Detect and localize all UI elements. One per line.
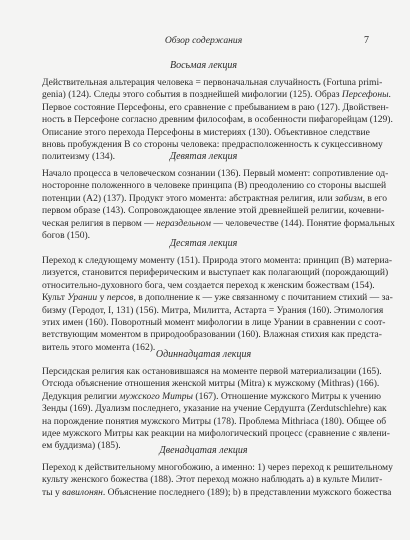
- section-body: Переход к следующему моменту (151). Прир…: [42, 255, 365, 354]
- text-line: Дедукция религии мужского Митры (167). О…: [42, 391, 365, 403]
- section-lecture-10: Десятая лекция Переход к следующему моме…: [42, 238, 365, 354]
- section-title: Восьмая лекция: [42, 60, 365, 77]
- text-line: Первое состояние Персефоны, его сравнени…: [42, 102, 365, 114]
- text-line: вновь пробуждения B со стороны человека:…: [42, 139, 365, 151]
- running-head: Обзор содержания 7: [42, 35, 365, 49]
- page-number: 7: [364, 35, 369, 46]
- text-line: Описание этого перехода Персефоны в мист…: [42, 127, 365, 139]
- text-line: Зенды (169). Дуализм последнего, указани…: [42, 403, 365, 415]
- text-line: потенции (A2) (137). Продукт этого момен…: [42, 193, 365, 205]
- section-lecture-11: Одиннадцатая лекция Персидская религия к…: [42, 349, 365, 453]
- text-line: Персидская религия как остановившаяся на…: [42, 366, 365, 378]
- text-line: относительно-духовного бога, чем создает…: [42, 280, 365, 292]
- text-line: Культ Урании у персов, в дополнение к — …: [42, 292, 365, 304]
- section-body: Персидская религия как остановившаяся на…: [42, 366, 365, 453]
- section-body: Переход к действительному многобожию, а …: [42, 462, 365, 499]
- text-line: ты у вавилонян. Объяснение последнего (1…: [42, 487, 365, 499]
- section-body: Начало процесса в человеческом сознании …: [42, 168, 365, 242]
- section-title: Двенадцатая лекция: [42, 445, 365, 462]
- text-line: genia) (124). Следы этого события в позд…: [42, 89, 365, 101]
- section-title: Одиннадцатая лекция: [42, 349, 365, 366]
- text-line: Действительная альтерация человека = пер…: [42, 77, 365, 89]
- text-line: ветствующим моментом в природообразовани…: [42, 329, 365, 341]
- text-line: на порождение понятия мужского Митры (17…: [42, 416, 365, 428]
- section-lecture-9: Девятая лекция Начало процесса в человеч…: [42, 151, 365, 242]
- text-line: лизуется, становится периферическим и вы…: [42, 267, 365, 279]
- text-line: Переход к действительному многобожию, а …: [42, 462, 365, 474]
- text-line: Начало процесса в человеческом сознании …: [42, 168, 365, 180]
- section-lecture-12: Двенадцатая лекция Переход к действитель…: [42, 445, 365, 499]
- text-line: бизму (Геродот, I, 131) (156). Митра, Ми…: [42, 305, 365, 317]
- text-line: Отсюда объяснение отношения женской митр…: [42, 378, 365, 390]
- text-line: Переход к следующему моменту (151). Прир…: [42, 255, 365, 267]
- text-line: носторонне положенного в человеке принци…: [42, 180, 365, 192]
- running-title: Обзор содержания: [42, 35, 365, 46]
- text-line: культу женского божества (188). Этот пер…: [42, 474, 365, 486]
- section-lecture-8: Восьмая лекция Действительная альтерация…: [42, 60, 365, 164]
- section-title: Девятая лекция: [42, 151, 365, 168]
- text-line: идее мужского Митры как реакции на мифол…: [42, 428, 365, 440]
- text-line: ческая религия в первом — нераздельном —…: [42, 218, 365, 230]
- section-title: Десятая лекция: [42, 238, 365, 255]
- text-line: ность в Персефоне согласно древним филос…: [42, 114, 365, 126]
- text-line: первом образе (143). Сопровождающее явле…: [42, 205, 365, 217]
- text-line: этих имен (160). Поворотный момент мифол…: [42, 317, 365, 329]
